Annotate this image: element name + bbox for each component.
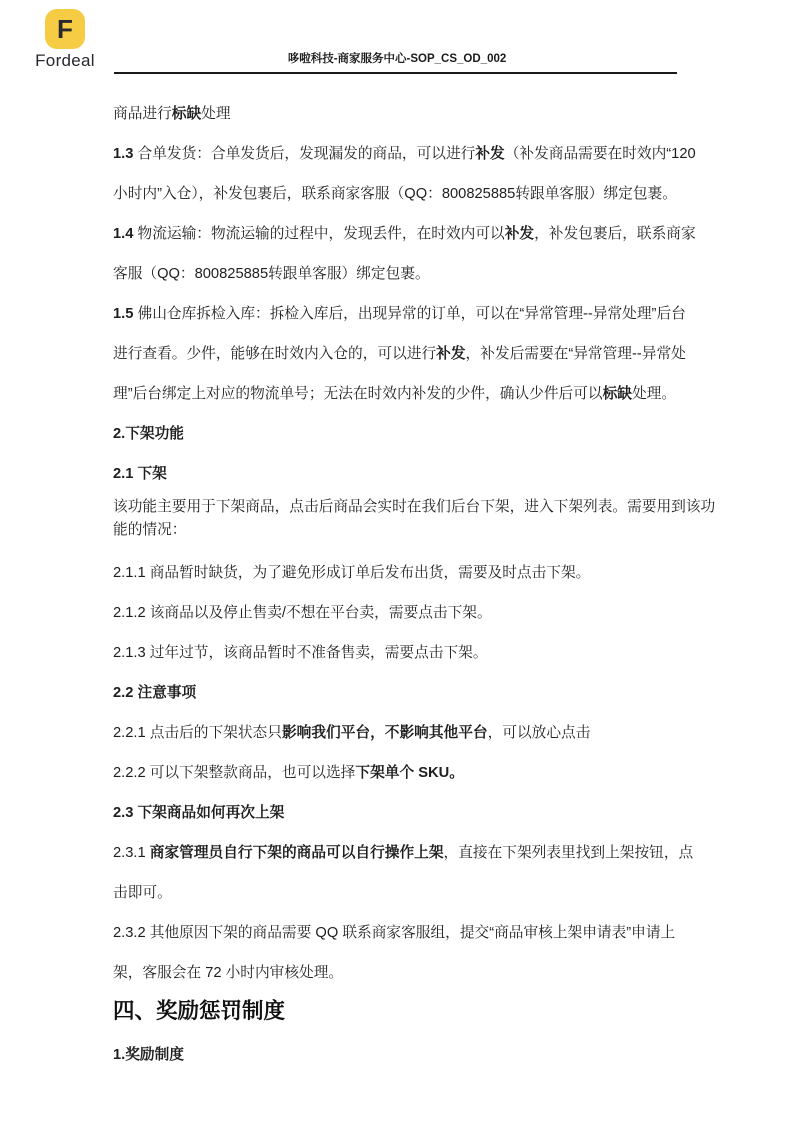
subsection-heading: 2.下架功能 (113, 424, 677, 444)
paragraph-line: 客服（QQ：800825885转跟单客服）绑定包裹。 (113, 264, 677, 284)
logo-letter: F (57, 14, 73, 44)
fordeal-logo-icon: F (45, 9, 85, 49)
paragraph-line: 击即可。 (113, 883, 677, 903)
document-page: F Fordeal 哆啦科技-商家服务中心-SOP_CS_OD_002 商品进行… (0, 0, 794, 1122)
paragraph-line: 2.3.1 商家管理员自行下架的商品可以自行操作上架，直接在下架列表里找到上架按… (113, 843, 677, 863)
paragraph-line: 2.2.2 可以下架整款商品，也可以选择下架单个 SKU。 (113, 763, 677, 783)
paragraph-line: 商品进行标缺处理 (113, 104, 677, 124)
paragraph-line: 2.1.3 过年过节，该商品暂时不准备售卖，需要点击下架。 (113, 643, 677, 663)
paragraph-line: 2.1.2 该商品以及停止售卖/不想在平台卖，需要点击下架。 (113, 603, 677, 623)
subsection-heading: 2.3 下架商品如何再次上架 (113, 803, 677, 823)
paragraph: 该功能主要用于下架商品，点击后商品会实时在我们后台下架，进入下架列表。需要用到该… (113, 496, 677, 542)
header-divider (114, 72, 677, 74)
paragraph-line: 2.3.2 其他原因下架的商品需要 QQ 联系商家客服组，提交“商品审核上架申请… (113, 923, 677, 943)
paragraph-line: 小时内”入仓），补发包裹后，联系商家客服（QQ：800825885转跟单客服）绑… (113, 184, 677, 204)
paragraph-line: 1.5 佛山仓库拆检入库：拆检入库后，出现异常的订单，可以在“异常管理--异常处… (113, 304, 677, 324)
paragraph-line: 进行查看。少件，能够在时效内入仓的，可以进行补发，补发后需要在“异常管理--异常… (113, 344, 677, 364)
subsection-heading: 2.2 注意事项 (113, 683, 677, 703)
paragraph-line: 1.4 物流运输：物流运输的过程中，发现丢件，在时效内可以补发，补发包裹后，联系… (113, 224, 677, 244)
paragraph-line: 理”后台绑定上对应的物流单号；无法在时效内补发的少件，确认少件后可以标缺处理。 (113, 384, 677, 404)
section-title: 四、奖励惩罚制度 (113, 997, 677, 1025)
document-header-title: 哆啦科技-商家服务中心-SOP_CS_OD_002 (0, 50, 794, 66)
paragraph-line: 2.2.1 点击后的下架状态只影响我们平台，不影响其他平台，可以放心点击 (113, 723, 677, 743)
subsection-heading: 1.奖励制度 (113, 1045, 677, 1065)
paragraph-line: 2.1.1 商品暂时缺货，为了避免形成订单后发布出货，需要及时点击下架。 (113, 563, 677, 583)
document-body: 商品进行标缺处理1.3 合单发货：合单发货后，发现漏发的商品，可以进行补发（补发… (113, 104, 677, 1085)
subsection-heading: 2.1 下架 (113, 464, 677, 484)
paragraph-line: 1.3 合单发货：合单发货后，发现漏发的商品，可以进行补发（补发商品需要在时效内… (113, 144, 677, 164)
paragraph-line: 架，客服会在 72 小时内审核处理。 (113, 963, 677, 983)
